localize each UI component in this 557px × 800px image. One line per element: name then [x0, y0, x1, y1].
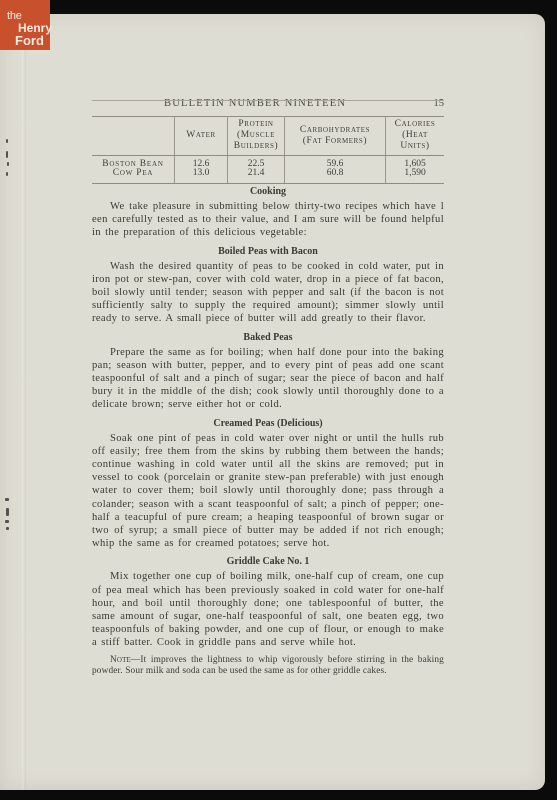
paragraph: Wash the desired quantity of peas to be …	[92, 260, 444, 326]
page-gutter-shadow	[22, 14, 26, 790]
section-heading: Griddle Cake No. 1	[92, 555, 444, 568]
running-head-rule	[92, 100, 444, 101]
column-header-carbohydrates: Carbohydrates(Fat Formers)	[285, 117, 386, 156]
document-body: CookingWe take pleasure in submitting be…	[92, 185, 444, 678]
cell-protein: 22.5	[228, 156, 285, 170]
column-header-protein: Protein(MuscleBuilders)	[228, 117, 285, 156]
section-heading: Cooking	[92, 185, 444, 198]
table-row: Boston Bean12.622.559.61,605	[92, 156, 444, 170]
column-header-food	[92, 117, 175, 156]
cell-water: 12.6	[175, 156, 228, 170]
note-label: Note	[110, 655, 131, 665]
table-row: Cow Pea13.021.460.81,590	[92, 169, 444, 184]
henry-ford-logo: the Henry Ford	[0, 0, 50, 50]
cell-water: 13.0	[175, 169, 228, 184]
section-heading: Creamed Peas (Delicious)	[92, 417, 444, 430]
table-body: Boston Bean12.622.559.61,605Cow Pea13.02…	[92, 156, 444, 184]
cell-protein: 21.4	[228, 169, 285, 184]
section-heading: Baked Peas	[92, 331, 444, 344]
paragraph: We take pleasure in submitting below thi…	[92, 200, 444, 240]
column-header-water: Water	[175, 117, 228, 156]
cell-food: Boston Bean	[92, 156, 175, 170]
cell-carbohydrates: 59.6	[285, 156, 386, 170]
section-heading: Boiled Peas with Bacon	[92, 245, 444, 258]
paragraph: Soak one pint of peas in cold water over…	[92, 432, 444, 551]
cell-calories: 1,605	[386, 156, 445, 170]
table-header-row: WaterProtein(MuscleBuilders)Carbohydrate…	[92, 117, 444, 156]
paragraph: Mix together one cup of boiling milk, on…	[92, 570, 444, 649]
cell-carbohydrates: 60.8	[285, 169, 386, 184]
column-header-calories: Calories(Heat Units)	[386, 117, 445, 156]
logo-line-3: Ford	[15, 34, 44, 47]
footnote: Note—It improves the lightness to whip v…	[92, 655, 444, 678]
nutrition-table: WaterProtein(MuscleBuilders)Carbohydrate…	[92, 116, 444, 184]
cell-calories: 1,590	[386, 169, 445, 184]
cell-food: Cow Pea	[92, 169, 175, 184]
paragraph: Prepare the same as for boiling; when ha…	[92, 346, 444, 412]
